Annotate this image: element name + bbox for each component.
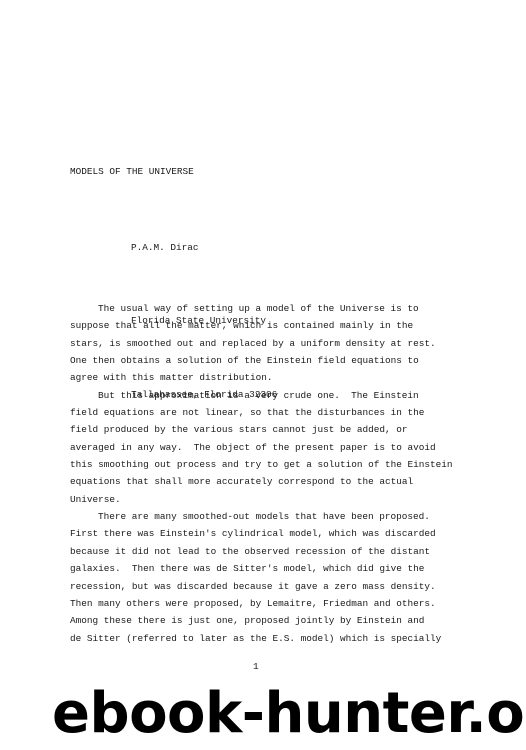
body-line: agree with this matter distribution.: [70, 369, 453, 386]
body-line: field produced by the various stars cann…: [70, 421, 453, 438]
body-line: averaged in any way. The object of the p…: [70, 439, 453, 456]
page-number: 1: [253, 658, 259, 675]
body-line: recession, but was discarded because it …: [70, 578, 453, 595]
author-name: P.A.M. Dirac: [131, 239, 277, 278]
body-text: The usual way of setting up a model of t…: [70, 300, 453, 647]
body-line: There are many smoothed-out models that …: [70, 508, 453, 525]
document-title: MODELS OF THE UNIVERSE: [70, 163, 194, 180]
body-line: this smoothing out process and try to ge…: [70, 456, 453, 473]
body-line: field equations are not linear, so that …: [70, 404, 453, 421]
body-line: One then obtains a solution of the Einst…: [70, 352, 453, 369]
body-line: galaxies. Then there was de Sitter's mod…: [70, 560, 453, 577]
body-line: de Sitter (referred to later as the E.S.…: [70, 630, 453, 647]
body-line: But this approximation is a very crude o…: [70, 387, 453, 404]
body-line: because it did not lead to the observed …: [70, 543, 453, 560]
body-line: Among these there is just one, proposed …: [70, 612, 453, 629]
watermark-text: ebook-hunter.org: [52, 684, 526, 744]
body-line: Then many others were proposed, by Lemai…: [70, 595, 453, 612]
body-line: Universe.: [70, 491, 453, 508]
body-line: The usual way of setting up a model of t…: [70, 300, 453, 317]
body-line: stars, is smoothed out and replaced by a…: [70, 335, 453, 352]
body-line: equations that shall more accurately cor…: [70, 473, 453, 490]
body-line: First there was Einstein's cylindrical m…: [70, 525, 453, 542]
body-line: suppose that all the matter, which is co…: [70, 317, 453, 334]
